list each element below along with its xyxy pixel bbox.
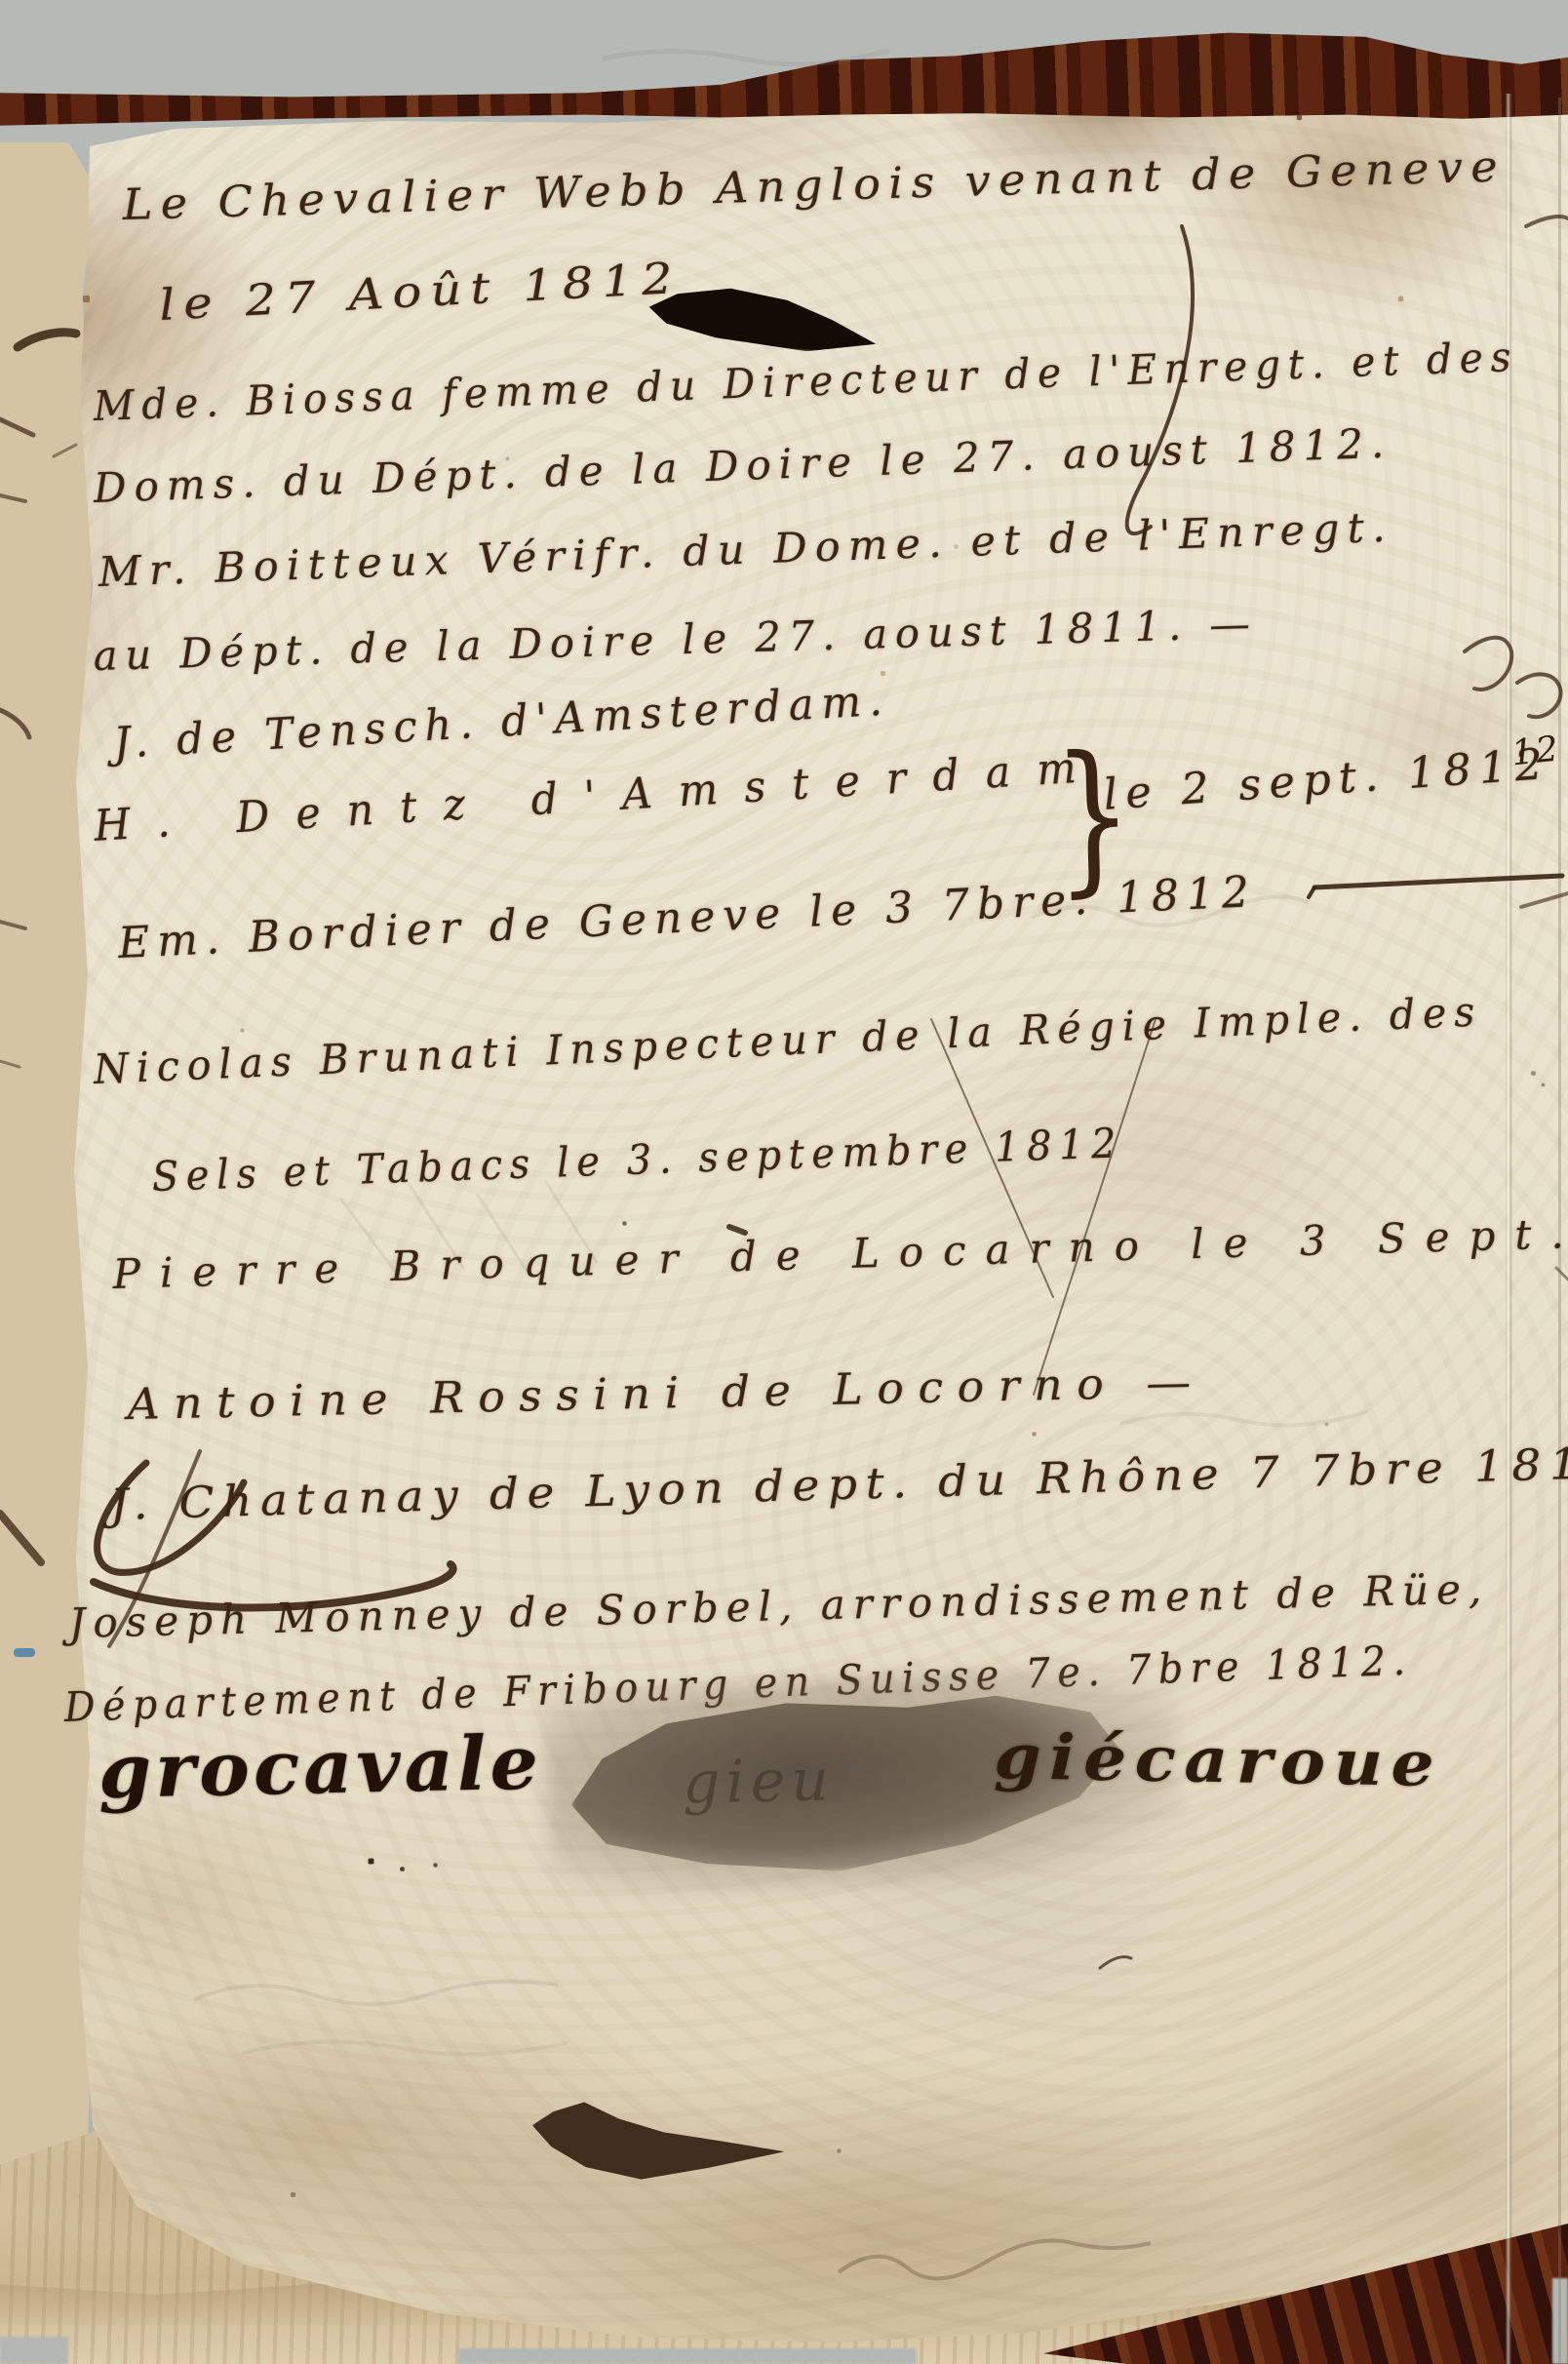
smudged-word-left: grocavale — [98, 1718, 543, 1815]
scanned-manuscript-page: Le Chevalier Webb Anglois venant de Gene… — [0, 0, 1568, 2364]
foxing-specks — [0, 0, 1, 1]
smudged-word-center: gieu — [682, 1747, 835, 1818]
page-number: 12 — [1509, 729, 1562, 774]
smudged-word-right: giécaroue — [994, 1720, 1443, 1801]
blue-ink-speck — [14, 1648, 35, 1657]
